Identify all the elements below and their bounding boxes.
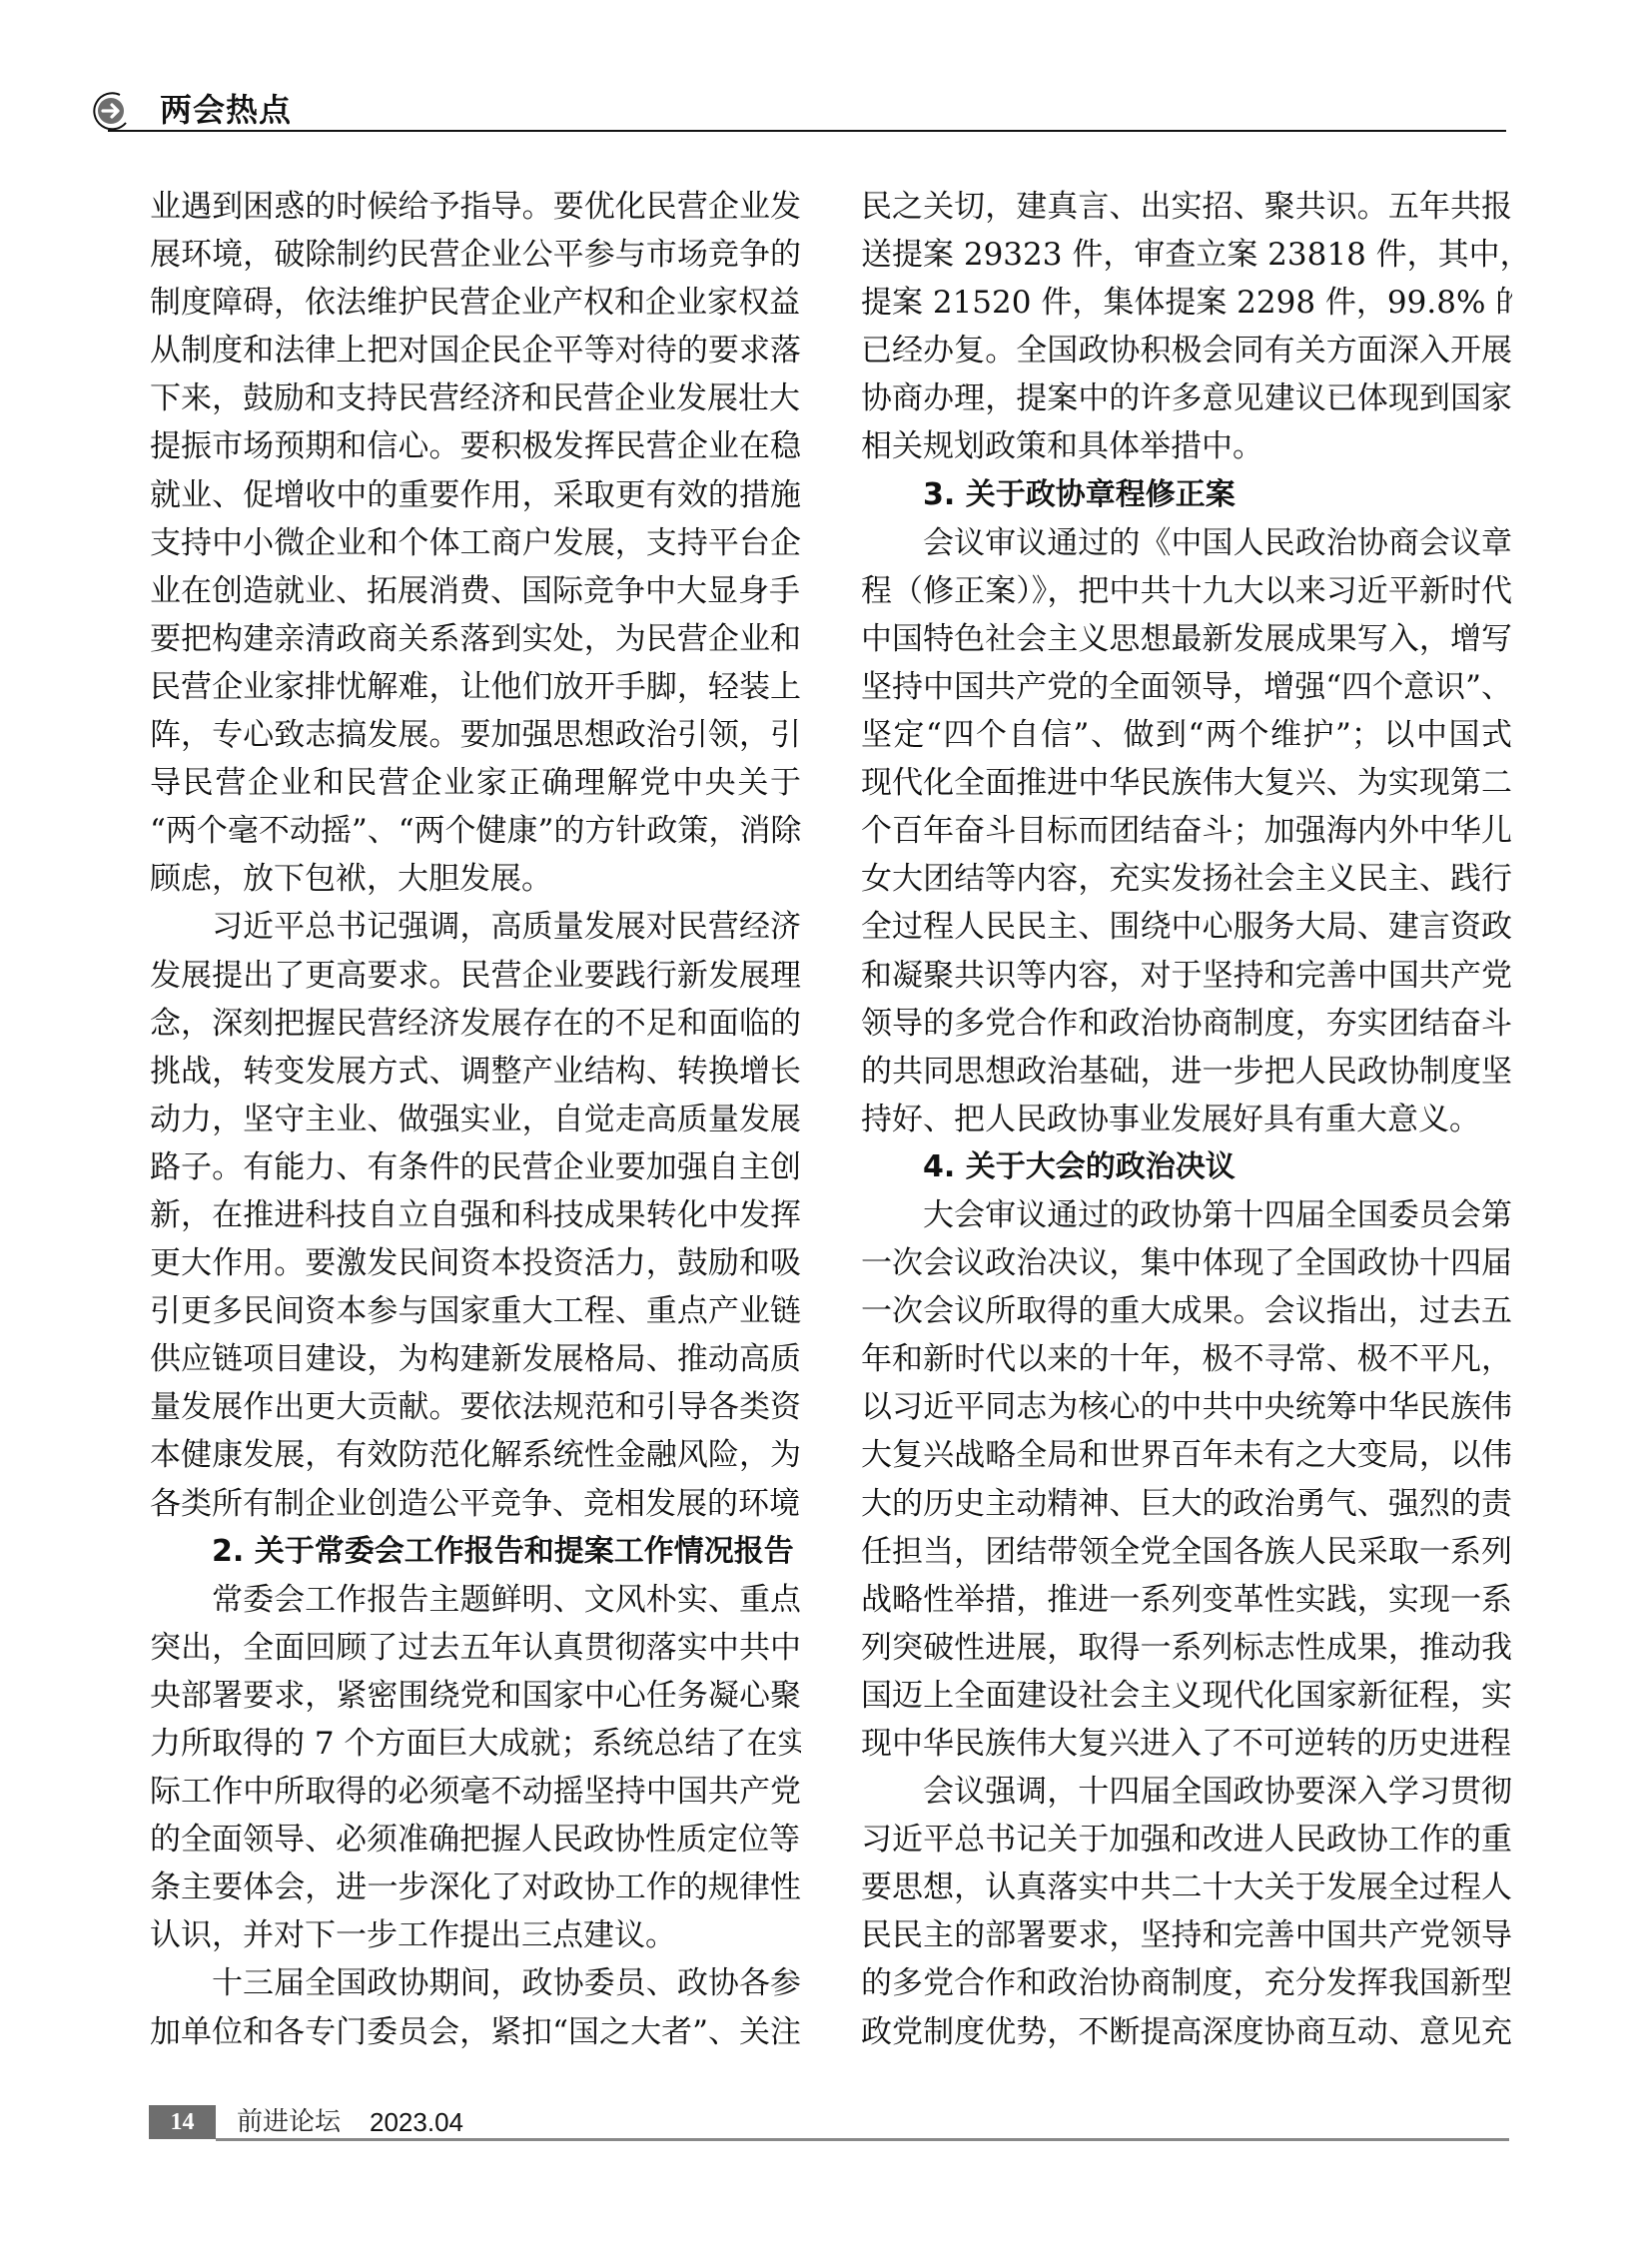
text-line: 业遇到困惑的时候给予指导。要优化民营企业发 (150, 183, 801, 231)
text-line: 从制度和法律上把对国企民企平等对待的要求落 (150, 327, 801, 374)
text-line: 量发展作出更大贡献。要依法规范和引导各类资 (150, 1383, 801, 1431)
text-line: 导民营企业和民营企业家正确理解党中央关于 (150, 759, 801, 807)
text-line: 制度障碍，依法维护民营企业产权和企业家权益， (150, 279, 801, 327)
section-header: 两会热点 (88, 88, 1506, 134)
text-line: 协商办理，提案中的许多意见建议已体现到国家 (861, 374, 1512, 422)
text-line: 力所取得的 7 个方面巨大成就；系统总结了在实 (150, 1720, 801, 1768)
page-footer: 14 前进论坛 2023.04 (149, 2105, 1509, 2141)
text-line: 的共同思想政治基础，进一步把人民政协制度坚 (861, 1048, 1512, 1096)
text-line: 任担当，团结带领全党全国各族人民采取一系列 (861, 1528, 1512, 1576)
text-line: 央部署要求，紧密围绕党和国家中心任务凝心聚 (150, 1672, 801, 1720)
text-line: 中国特色社会主义思想最新发展成果写入，增写 (861, 615, 1512, 663)
text-line: 更大作用。要激发民间资本投资活力，鼓励和吸 (150, 1239, 801, 1287)
text-line: 就业、促增收中的重要作用，采取更有效的措施 (150, 471, 801, 519)
text-line: 阵，专心致志搞发展。要加强思想政治引领，引 (150, 711, 801, 759)
text-line: 以习近平同志为核心的中共中央统筹中华民族伟 (861, 1383, 1512, 1431)
text-line: 现中华民族伟大复兴进入了不可逆转的历史进程。 (861, 1720, 1512, 1768)
text-line: 政党制度优势，不断提高深度协商互动、意见充 (861, 2008, 1512, 2056)
text-line: 大的历史主动精神、巨大的政治勇气、强烈的责 (861, 1480, 1512, 1528)
issue-date: 2023.04 (370, 2105, 463, 2139)
text-line: 顾虑，放下包袱，大胆发展。 (150, 855, 801, 903)
text-line: 持好、把人民政协事业发展好具有重大意义。 (861, 1096, 1512, 1143)
text-line: 发展提出了更高要求。民营企业要践行新发展理 (150, 952, 801, 1000)
text-line: 民民主的部署要求，坚持和完善中国共产党领导 (861, 1911, 1512, 1959)
text-line: 供应链项目建设，为构建新发展格局、推动高质 (150, 1335, 801, 1383)
paragraph-start: 大会审议通过的政协第十四届全国委员会第 (861, 1191, 1512, 1239)
footer-divider (216, 2138, 1509, 2141)
text-line: 的全面领导、必须准确把握人民政协性质定位等 5 (150, 1816, 801, 1864)
section-heading-4: 4. 关于大会的政治决议 (861, 1143, 1512, 1191)
text-line: 已经办复。全国政协积极会同有关方面深入开展 (861, 327, 1512, 374)
text-line: 提振市场预期和信心。要积极发挥民营企业在稳 (150, 422, 801, 470)
text-line: 业在创造就业、拓展消费、国际竞争中大显身手。 (150, 567, 801, 615)
text-line: 战略性举措，推进一系列变革性实践，实现一系 (861, 1576, 1512, 1624)
text-line: 下来，鼓励和支持民营经济和民营企业发展壮大， (150, 374, 801, 422)
text-line: 大复兴战略全局和世界百年未有之大变局，以伟 (861, 1431, 1512, 1479)
paragraph-start: 会议审议通过的《中国人民政治协商会议章 (861, 519, 1512, 567)
text-line: 的多党合作和政治协商制度，充分发挥我国新型 (861, 1959, 1512, 2007)
text-line: 一次会议所取得的重大成果。会议指出，过去五 (861, 1287, 1512, 1335)
text-line: 加单位和各专门委员会，紧扣“国之大者”、关注 (150, 2008, 801, 2056)
text-line: 支持中小微企业和个体工商户发展，支持平台企 (150, 519, 801, 567)
text-line: 民营企业家排忧解难，让他们放开手脚，轻装上 (150, 663, 801, 711)
text-line: 各类所有制企业创造公平竞争、竞相发展的环境。 (150, 1480, 801, 1528)
paragraph-start: 习近平总书记强调，高质量发展对民营经济 (150, 903, 801, 951)
text-line: 年和新时代以来的十年，极不寻常、极不平凡， (861, 1335, 1512, 1383)
header-divider (108, 130, 1506, 132)
text-line: 程（修正案）》，把中共十九大以来习近平新时代 (861, 567, 1512, 615)
text-line: 动力，坚守主业、做强实业，自觉走高质量发展 (150, 1096, 801, 1143)
text-line: 坚持中国共产党的全面领导，增强“四个意识”、 (861, 663, 1512, 711)
text-line: 女大团结等内容，充实发扬社会主义民主、践行 (861, 855, 1512, 903)
text-line: 习近平总书记关于加强和改进人民政协工作的重 (861, 1816, 1512, 1864)
text-line: 条主要体会，进一步深化了对政协工作的规律性 (150, 1864, 801, 1911)
text-line: 引更多民间资本参与国家重大工程、重点产业链 (150, 1287, 801, 1335)
text-line: 路子。有能力、有条件的民营企业要加强自主创 (150, 1143, 801, 1191)
text-line: 个百年奋斗目标而团结奋斗；加强海内外中华儿 (861, 807, 1512, 855)
text-line: 挑战，转变发展方式、调整产业结构、转换增长 (150, 1048, 801, 1096)
text-line: 一次会议政治决议，集中体现了全国政协十四届 (861, 1239, 1512, 1287)
text-line: 国迈上全面建设社会主义现代化国家新征程，实 (861, 1672, 1512, 1720)
paragraph-start: 常委会工作报告主题鲜明、文风朴实、重点 (150, 1576, 801, 1624)
right-column: 民之关切，建真言、出实招、聚共识。五年共报 送提案 29323 件，审查立案 2… (861, 183, 1512, 2056)
text-line: 民之关切，建真言、出实招、聚共识。五年共报 (861, 183, 1512, 231)
text-line: 际工作中所取得的必须毫不动摇坚持中国共产党 (150, 1768, 801, 1816)
section-heading-2: 2. 关于常委会工作报告和提案工作情况报告 (150, 1528, 801, 1576)
text-line: 要把构建亲清政商关系落到实处，为民营企业和 (150, 615, 801, 663)
text-line: “两个毫不动摇”、“两个健康”的方针政策，消除 (150, 807, 801, 855)
paragraph-start: 十三届全国政协期间，政协委员、政协各参 (150, 1959, 801, 2007)
section-heading-3: 3. 关于政协章程修正案 (861, 471, 1512, 519)
arrow-right-circle-icon (90, 90, 132, 132)
text-line: 认识，并对下一步工作提出三点建议。 (150, 1911, 801, 1959)
text-line: 本健康发展，有效防范化解系统性金融风险，为 (150, 1431, 801, 1479)
text-line: 送提案 29323 件，审查立案 23818 件，其中，委员 (861, 231, 1512, 279)
text-line: 现代化全面推进中华民族伟大复兴、为实现第二 (861, 759, 1512, 807)
text-line: 要思想，认真落实中共二十大关于发展全过程人 (861, 1864, 1512, 1911)
text-line: 坚定“四个自信”、做到“两个维护”；以中国式 (861, 711, 1512, 759)
text-line: 新，在推进科技自立自强和科技成果转化中发挥 (150, 1191, 801, 1239)
text-line: 提案 21520 件，集体提案 2298 件，99.8% 的提案 (861, 279, 1512, 327)
left-column: 业遇到困惑的时候给予指导。要优化民营企业发 展环境，破除制约民营企业公平参与市场… (150, 183, 801, 2056)
text-line: 念，深刻把握民营经济发展存在的不足和面临的 (150, 1000, 801, 1048)
paragraph-start: 会议强调，十四届全国政协要深入学习贯彻 (861, 1768, 1512, 1816)
text-line: 展环境，破除制约民营企业公平参与市场竞争的 (150, 231, 801, 279)
text-line: 全过程人民民主、围绕中心服务大局、建言资政 (861, 903, 1512, 951)
magazine-name: 前进论坛 (237, 2105, 341, 2139)
text-line: 和凝聚共识等内容，对于坚持和完善中国共产党 (861, 952, 1512, 1000)
page-number: 14 (149, 2105, 216, 2139)
text-line: 列突破性进展，取得一系列标志性成果，推动我 (861, 1624, 1512, 1672)
text-line: 突出，全面回顾了过去五年认真贯彻落实中共中 (150, 1624, 801, 1672)
text-line: 相关规划政策和具体举措中。 (861, 422, 1512, 470)
text-line: 领导的多党合作和政治协商制度，夯实团结奋斗 (861, 1000, 1512, 1048)
section-title: 两会热点 (160, 90, 292, 130)
